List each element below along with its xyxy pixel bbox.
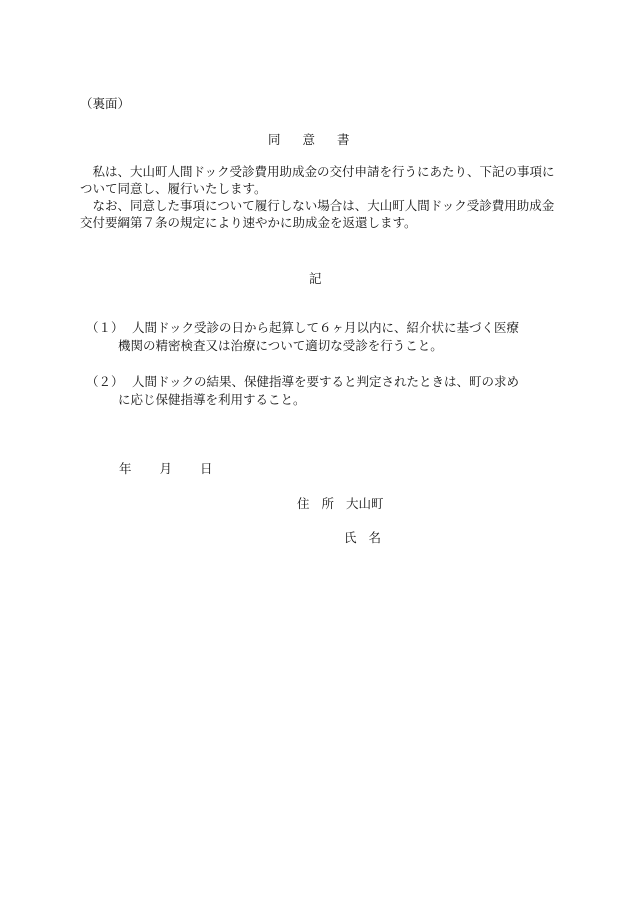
item-line-continued: 機関の精密検査又は治療について適切な受診を行うこと。 bbox=[86, 337, 560, 355]
item-number: （２） bbox=[86, 373, 132, 391]
day-label: 日 bbox=[200, 459, 213, 477]
ki-heading: 記 bbox=[309, 269, 322, 287]
date-field: 年月日 bbox=[119, 459, 241, 477]
item-line: 人間ドック受診の日から起算して６ヶ月以内に、紹介状に基づく医療 bbox=[132, 320, 519, 335]
item-line-continued: に応じ保健指導を利用すること。 bbox=[86, 391, 560, 409]
month-label: 月 bbox=[160, 459, 173, 477]
back-side-label: （裏面） bbox=[80, 94, 130, 112]
year-label: 年 bbox=[119, 459, 132, 477]
address-label-char: 所 bbox=[322, 494, 335, 512]
paragraph-text: なお、同意した事項について履行しない場合は、大山町人間ドック受診費用助成金交付要… bbox=[80, 198, 554, 230]
name-field: 氏名 bbox=[344, 528, 393, 546]
consent-paragraph: 私は、大山町人間ドック受診費用助成金の交付申請を行うにあたり、下記の事項について… bbox=[80, 163, 560, 197]
list-item: （２）人間ドックの結果、保健指導を要すると判定されたときは、町の求め に応じ保健… bbox=[86, 373, 560, 409]
item-line: 人間ドックの結果、保健指導を要すると判定されたときは、町の求め bbox=[132, 374, 519, 389]
title-char: 意 bbox=[303, 130, 316, 148]
title-char: 書 bbox=[337, 130, 350, 148]
address-value: 大山町 bbox=[346, 496, 384, 511]
item-number: （１） bbox=[86, 319, 132, 337]
name-label-char: 名 bbox=[369, 528, 382, 546]
address-label-char: 住 bbox=[297, 494, 310, 512]
paragraph-text: 私は、大山町人間ドック受診費用助成金の交付申請を行うにあたり、下記の事項について… bbox=[80, 164, 555, 196]
refund-paragraph: なお、同意した事項について履行しない場合は、大山町人間ドック受診費用助成金交付要… bbox=[80, 197, 560, 231]
title-char: 同 bbox=[268, 130, 281, 148]
list-item: （１）人間ドック受診の日から起算して６ヶ月以内に、紹介状に基づく医療 機関の精密… bbox=[86, 319, 560, 355]
name-label-char: 氏 bbox=[344, 528, 357, 546]
address-field: 住所大山町 bbox=[297, 494, 384, 512]
document-title: 同意書 bbox=[268, 130, 372, 148]
